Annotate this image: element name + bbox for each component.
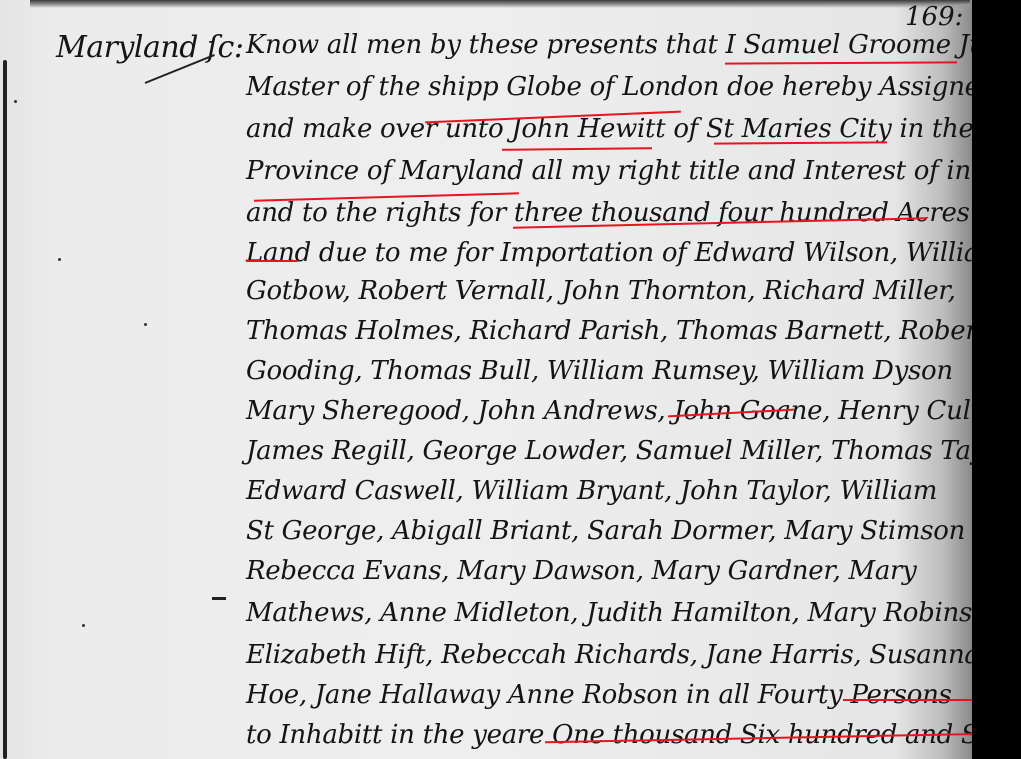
- text-line-7: Gotbow, Robert Vernall, John Thornton, R…: [246, 276, 956, 306]
- paper-speck: [58, 258, 61, 261]
- underline-john-hewitt: [502, 147, 652, 151]
- text-line-9: Gooding, Thomas Bull, William Rumsey, Wi…: [246, 356, 953, 386]
- text-line-4: Province of Maryland all my right title …: [246, 156, 971, 186]
- paper-speck: [82, 624, 85, 627]
- underline-samuel-groome: [725, 61, 957, 64]
- page-top-edge: [30, 0, 970, 8]
- text-line-15: Mathews, Anne Midleton, Judith Hamilton,…: [246, 598, 972, 628]
- underline-st-maries-city: [714, 141, 887, 144]
- text-line-14: Rebecca Evans, Mary Dawson, Mary Gardner…: [246, 556, 917, 586]
- left-margin-rule: [3, 60, 7, 759]
- text-line-12: Edward Caswell, William Bryant, John Tay…: [246, 476, 937, 506]
- scan-border: [972, 0, 1021, 759]
- text-line-11: James Regill, George Lowder, Samuel Mill…: [246, 436, 972, 466]
- text-line-1: Know all men by these presents that I Sa…: [246, 30, 972, 60]
- page-number: 169:: [905, 2, 963, 32]
- underline-land: [246, 260, 298, 262]
- text-line-13: St George, Abigall Briant, Sarah Dormer,…: [246, 516, 965, 546]
- margin-heading: Maryland ſc:: [56, 30, 243, 65]
- text-line-3: and make over unto John Hewitt of St Mar…: [246, 114, 972, 144]
- text-line-6: Land due to me for Importation of Edward…: [246, 238, 972, 268]
- underline-fourty-persons: [843, 699, 972, 701]
- paper-speck: [14, 100, 17, 103]
- text-line-17: Hoe, Jane Hallaway Anne Robson in all Fo…: [246, 680, 952, 710]
- text-line-16: Elizabeth Hift, Rebeccah Richards, Jane …: [246, 640, 972, 670]
- text-line-10: Mary Sheregood, John Andrews, John Goane…: [246, 396, 972, 426]
- margin-mark: [212, 597, 226, 600]
- text-line-8: Thomas Holmes, Richard Parish, Thomas Ba…: [246, 316, 972, 346]
- text-line-2: Master of the shipp Globe of London doe …: [246, 72, 972, 102]
- manuscript-page: Maryland ſc: 169: Know all men by these …: [0, 0, 972, 759]
- paper-speck: [144, 323, 147, 326]
